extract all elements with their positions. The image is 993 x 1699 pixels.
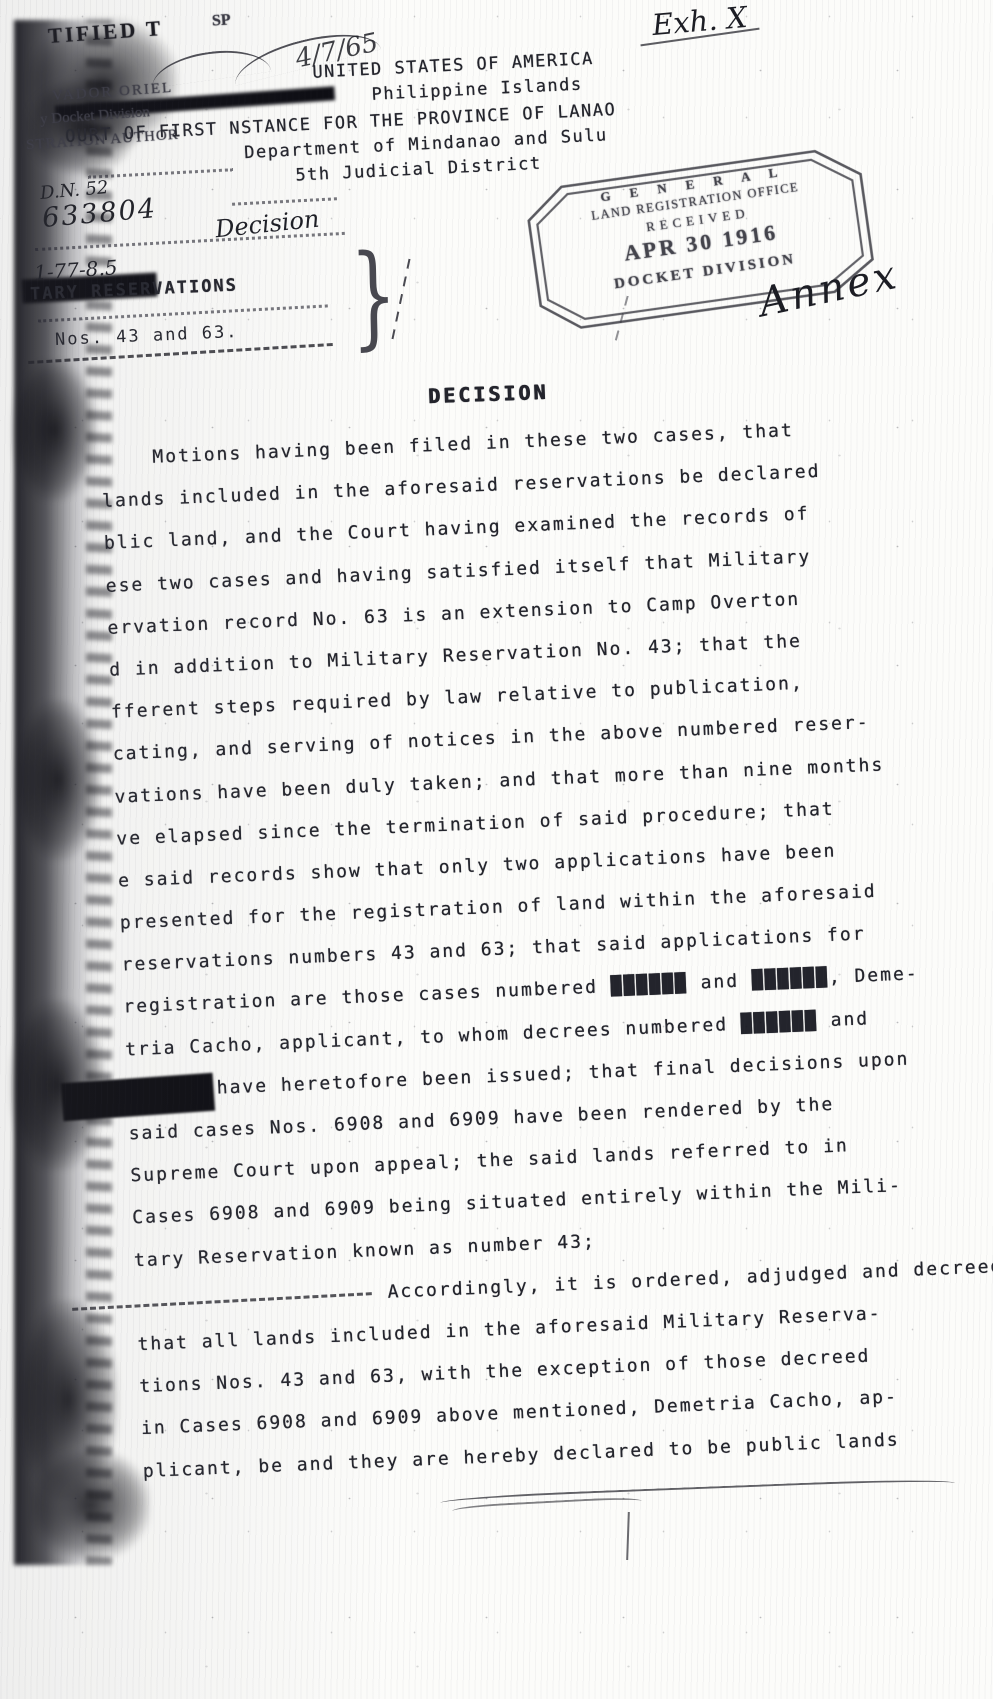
caption-brace: } (349, 239, 398, 353)
decision-body: Motions having been filed in these two c… (100, 412, 993, 1502)
header-islands: Philippine Islands (371, 75, 583, 105)
ink-blob (16, 700, 101, 860)
scanned-document-page: Exh. X TIFIED T SP VADOR ORIEL y Docket … (0, 0, 993, 1699)
decision-heading: DECISION (428, 380, 549, 408)
bottom-vertical-tick (626, 1512, 630, 1560)
ink-blob (12, 360, 97, 500)
stamp-fragment: SP (211, 11, 231, 30)
ink-blob (30, 1450, 150, 1560)
